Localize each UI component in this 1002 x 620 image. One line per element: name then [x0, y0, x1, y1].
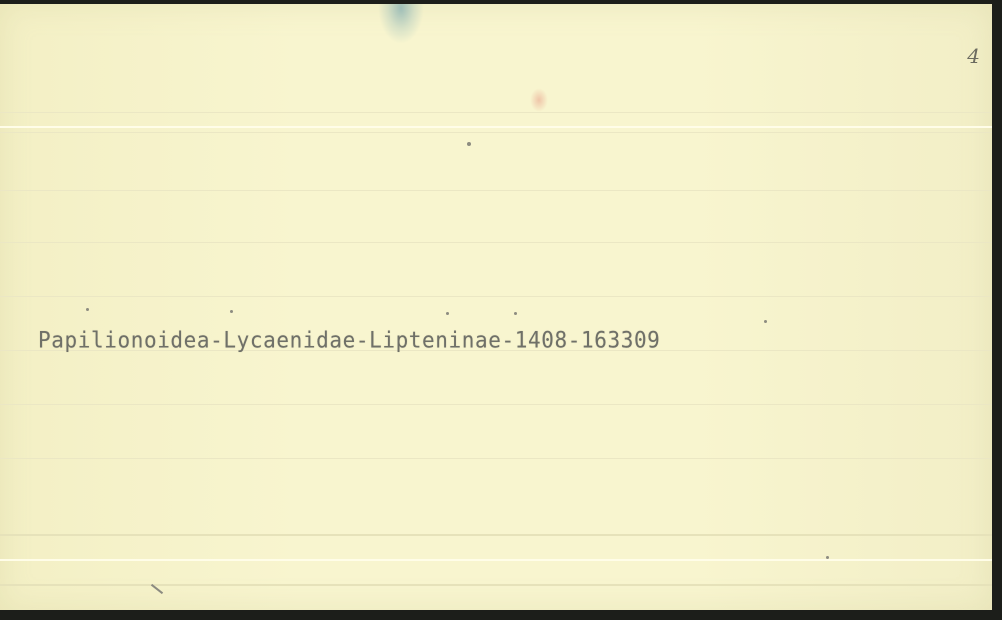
- dust-speck: [446, 312, 449, 315]
- dust-speck: [764, 320, 767, 323]
- dust-speck: [230, 310, 233, 313]
- red-ink-mark: [530, 88, 548, 112]
- dust-speck: [826, 556, 829, 559]
- index-card: 4 Papilionoidea-Lycaenidae-Lipteninae-14…: [0, 4, 992, 610]
- dust-speck: [467, 142, 471, 146]
- card-rule-line: [0, 404, 992, 405]
- card-rule-line: [0, 112, 992, 113]
- card-rule-line: [0, 296, 992, 297]
- card-rule-line: [0, 559, 992, 561]
- corner-number-mark: 4: [967, 44, 980, 68]
- scanned-card-image: 4 Papilionoidea-Lycaenidae-Lipteninae-14…: [0, 0, 1002, 620]
- card-rule-line: [0, 458, 992, 459]
- card-rule-line: [0, 534, 992, 536]
- card-rule-line: [0, 132, 992, 133]
- card-rule-line: [0, 242, 992, 243]
- dust-speck: [514, 312, 517, 315]
- card-rule-line: [0, 584, 992, 586]
- taxonomy-label: Papilionoidea-Lycaenidae-Lipteninae-1408…: [38, 327, 660, 352]
- scan-border-right: [992, 0, 1002, 620]
- scan-border-bottom: [0, 610, 1002, 620]
- dust-speck: [86, 308, 89, 311]
- card-rule-line: [0, 190, 992, 191]
- blue-stamp-mark: [378, 4, 424, 44]
- card-rule-line: [0, 126, 992, 128]
